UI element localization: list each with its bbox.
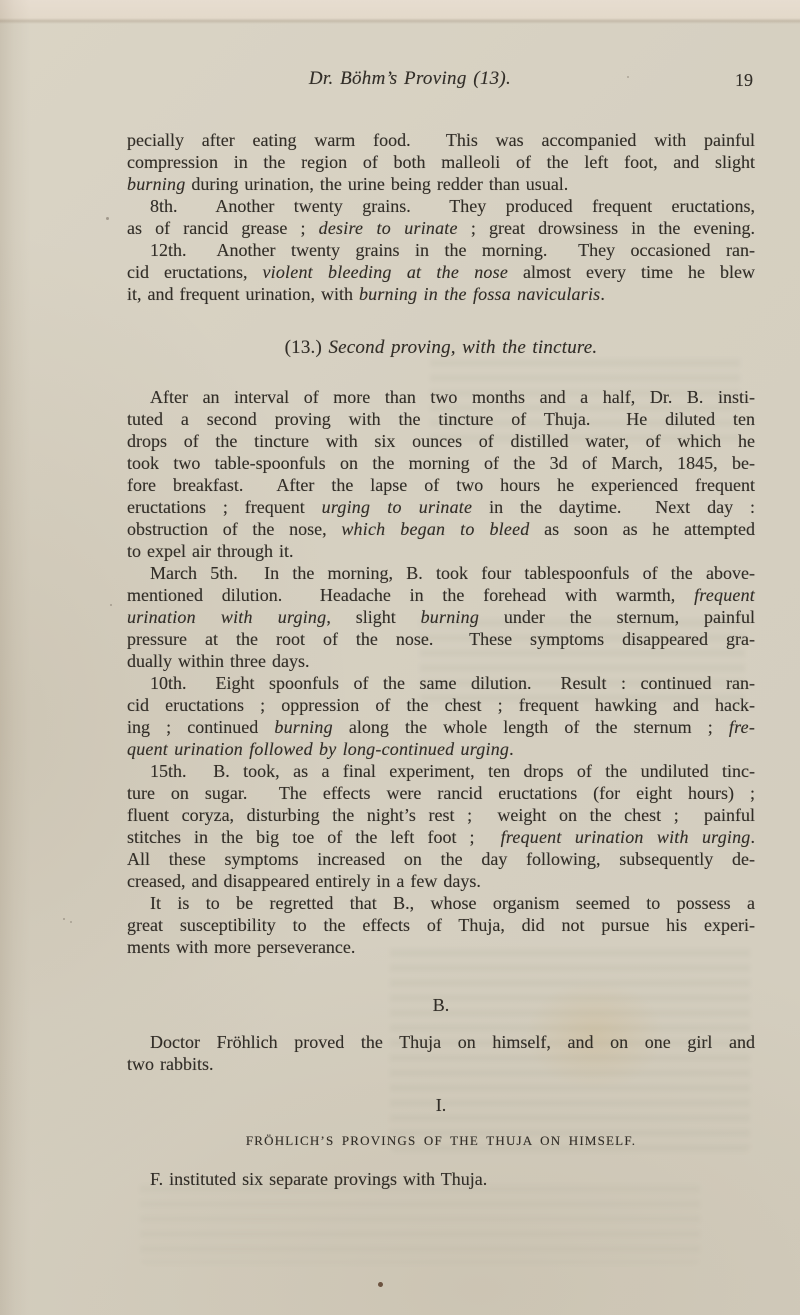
paragraph-p3: 12th. Another twenty grains in the morni… — [127, 239, 755, 305]
text-line: Doctor Fröhlich proved the Thuja on hims… — [127, 1031, 755, 1053]
subsection-heading-b: B. — [127, 994, 755, 1016]
paper-speck — [106, 217, 109, 220]
text-line: March 5th. In the morning, B. took four … — [127, 562, 755, 584]
froehlich-provings-heading: FRÖHLICH’S PROVINGS OF THE THUJA ON HIMS… — [127, 1130, 755, 1152]
text-line: dually within three days. — [127, 650, 755, 672]
text-line: tuted a second proving with the tincture… — [127, 408, 755, 430]
paper-speck — [63, 918, 65, 920]
text-line: to expel air through it. — [127, 540, 755, 562]
paragraph-p7: 15th. B. took, as a final experiment, te… — [127, 760, 755, 892]
paper-speck — [110, 604, 112, 606]
text-line: ing ; continued burning along the whole … — [127, 716, 755, 738]
text-line: All these symptoms increased on the day … — [127, 848, 755, 870]
section-heading-number: (13.) — [285, 337, 322, 358]
text-line: 15th. B. took, as a final experiment, te… — [127, 760, 755, 782]
paragraph-p8: It is to be regretted that B., whose org… — [127, 892, 755, 958]
text-line: obstruction of the nose, which began to … — [127, 518, 755, 540]
text-line: ture on sugar. The effects were rancid e… — [127, 782, 755, 804]
body-paragraphs-bottom: F. instituted six separate provings with… — [127, 1168, 755, 1190]
text-line: burning during urination, the urine bein… — [127, 173, 755, 195]
text-line: 10th. Eight spoonfuls of the same diluti… — [127, 672, 755, 694]
text-line: 12th. Another twenty grains in the morni… — [127, 239, 755, 261]
book-page: Dr. Böhm’s Proving (13). 19 pecially aft… — [0, 0, 800, 1315]
subsection-heading-i: I. — [127, 1094, 755, 1116]
body-paragraphs-top: pecially after eating warm food. This wa… — [127, 129, 755, 305]
text-line: stitches in the big toe of the left foot… — [127, 826, 755, 848]
body-paragraphs-middle: After an interval of more than two month… — [127, 386, 755, 958]
paragraph-p1: pecially after eating warm food. This wa… — [127, 129, 755, 195]
text-line: After an interval of more than two month… — [127, 386, 755, 408]
text-line: 8th. Another twenty grains. They produce… — [127, 195, 755, 217]
text-line: cid eructations, violent bleeding at the… — [127, 261, 755, 283]
text-line: fluent coryza, disturbing the night’s re… — [127, 804, 755, 826]
text-line: two rabbits. — [127, 1053, 755, 1075]
running-header-title: Dr. Böhm’s Proving (13). — [127, 68, 755, 90]
paragraph-p4: After an interval of more than two month… — [127, 386, 755, 562]
text-line: mentioned dilution. Headache in the fore… — [127, 584, 755, 606]
text-line: creased, and disappeared entirely in a f… — [127, 870, 755, 892]
text-line: great susceptibility to the effects of T… — [127, 914, 755, 936]
text-line: it, and frequent urination, with burning… — [127, 283, 755, 305]
text-line: as of rancid grease ; desire to urinate … — [127, 217, 755, 239]
section-heading: (13.) Second proving, with the tincture. — [127, 337, 755, 359]
text-line: quent urination followed by long-continu… — [127, 738, 755, 760]
paragraph-p9: Doctor Fröhlich proved the Thuja on hims… — [127, 1031, 755, 1075]
text-line: It is to be regretted that B., whose org… — [127, 892, 755, 914]
text-line: took two table-spoonfuls on the morning … — [127, 452, 755, 474]
text-column: Dr. Böhm’s Proving (13). 19 pecially aft… — [127, 0, 755, 1315]
text-line: compression in the region of both malleo… — [127, 151, 755, 173]
text-line: cid eructations ; oppression of the ches… — [127, 694, 755, 716]
text-line: pressure at the root of the nose. These … — [127, 628, 755, 650]
page-number: 19 — [735, 69, 753, 91]
text-line: F. instituted six separate provings with… — [127, 1168, 755, 1190]
running-header: Dr. Böhm’s Proving (13). 19 — [127, 68, 755, 92]
text-line: fore breakfast. After the lapse of two h… — [127, 474, 755, 496]
paragraph-p6: 10th. Eight spoonfuls of the same diluti… — [127, 672, 755, 760]
body-paragraphs-froehlich-intro: Doctor Fröhlich proved the Thuja on hims… — [127, 1031, 755, 1075]
text-line: pecially after eating warm food. This wa… — [127, 129, 755, 151]
paragraph-p10: F. instituted six separate provings with… — [127, 1168, 755, 1190]
text-line: eructations ; frequent urging to urinate… — [127, 496, 755, 518]
paragraph-p2: 8th. Another twenty grains. They produce… — [127, 195, 755, 239]
section-heading-title: Second proving, with the tincture. — [328, 337, 597, 358]
text-line: ments with more perseverance. — [127, 936, 755, 958]
paragraph-p5: March 5th. In the morning, B. took four … — [127, 562, 755, 672]
text-line: urination with urging, slight burning un… — [127, 606, 755, 628]
paper-speck — [70, 921, 72, 923]
text-line: drops of the tincture with six ounces of… — [127, 430, 755, 452]
